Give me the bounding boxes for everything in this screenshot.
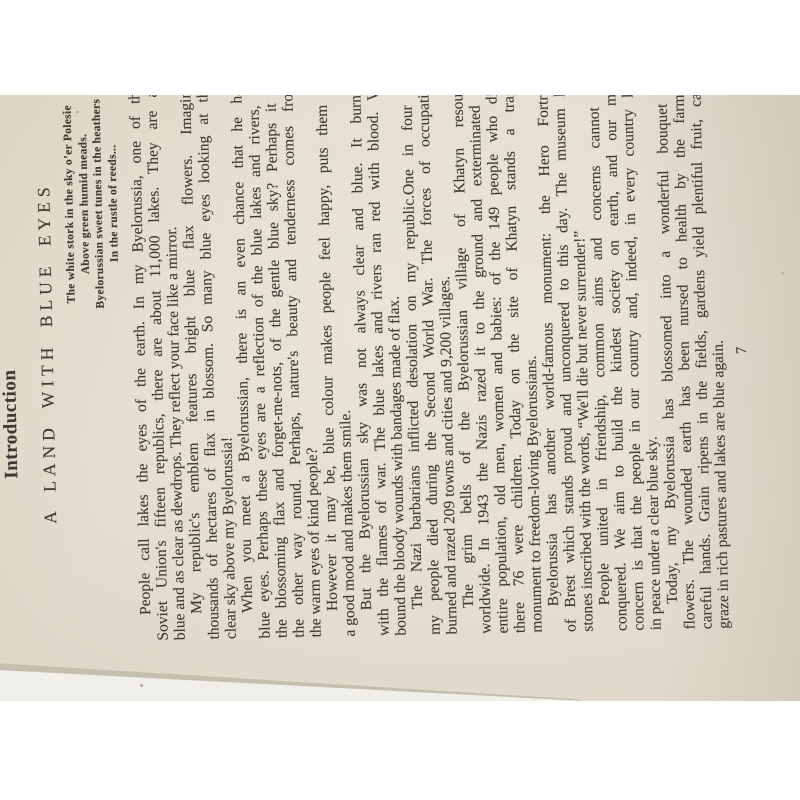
paragraph: People united in friendship, common aims… [585,95,665,631]
epigraph: The white stork in the sky o’er Polesie … [60,98,123,309]
section-heading: Introduction [0,95,23,479]
dust-speck [781,272,784,275]
paragraph: Today, my Byelorussia has blossomed into… [653,95,733,630]
body-text: People call lakes the eyes of the earth.… [127,95,734,641]
dust-speck [62,113,64,115]
dust-speck [140,684,143,687]
paragraph: The grim bells of the Byelorussian villa… [449,95,546,634]
dust-speck [76,111,79,113]
page-number: 7 [728,95,757,628]
book-page-photo: Introduction A LAND WITH BLUE EYES The w… [0,95,800,701]
paragraph: When you meet a Byelorussian, there is a… [228,95,325,639]
chapter-title: A LAND WITH BLUE EYES [31,95,61,524]
page-content: Introduction A LAND WITH BLUE EYES The w… [0,95,800,701]
